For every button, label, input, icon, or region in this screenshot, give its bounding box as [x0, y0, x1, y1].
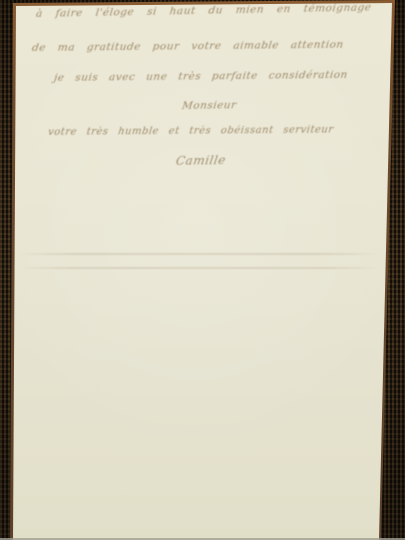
photo-of-letter: à faire l'éloge si haut du mien en témoi… [0, 0, 405, 540]
handwritten-line-2: de ma gratitude pour votre aimable atten… [31, 39, 345, 54]
letter-page: à faire l'éloge si haut du mien en témoi… [0, 0, 405, 540]
fold-crease [18, 267, 379, 269]
handwritten-salutation: Monsieur [181, 99, 237, 112]
handwritten-line-3: je suis avec une très parfaite considéra… [53, 69, 355, 84]
fold-crease [18, 253, 379, 255]
handwritten-closing-formula: votre très humble et très obéissant serv… [47, 125, 312, 138]
signature: Camille [175, 153, 227, 168]
